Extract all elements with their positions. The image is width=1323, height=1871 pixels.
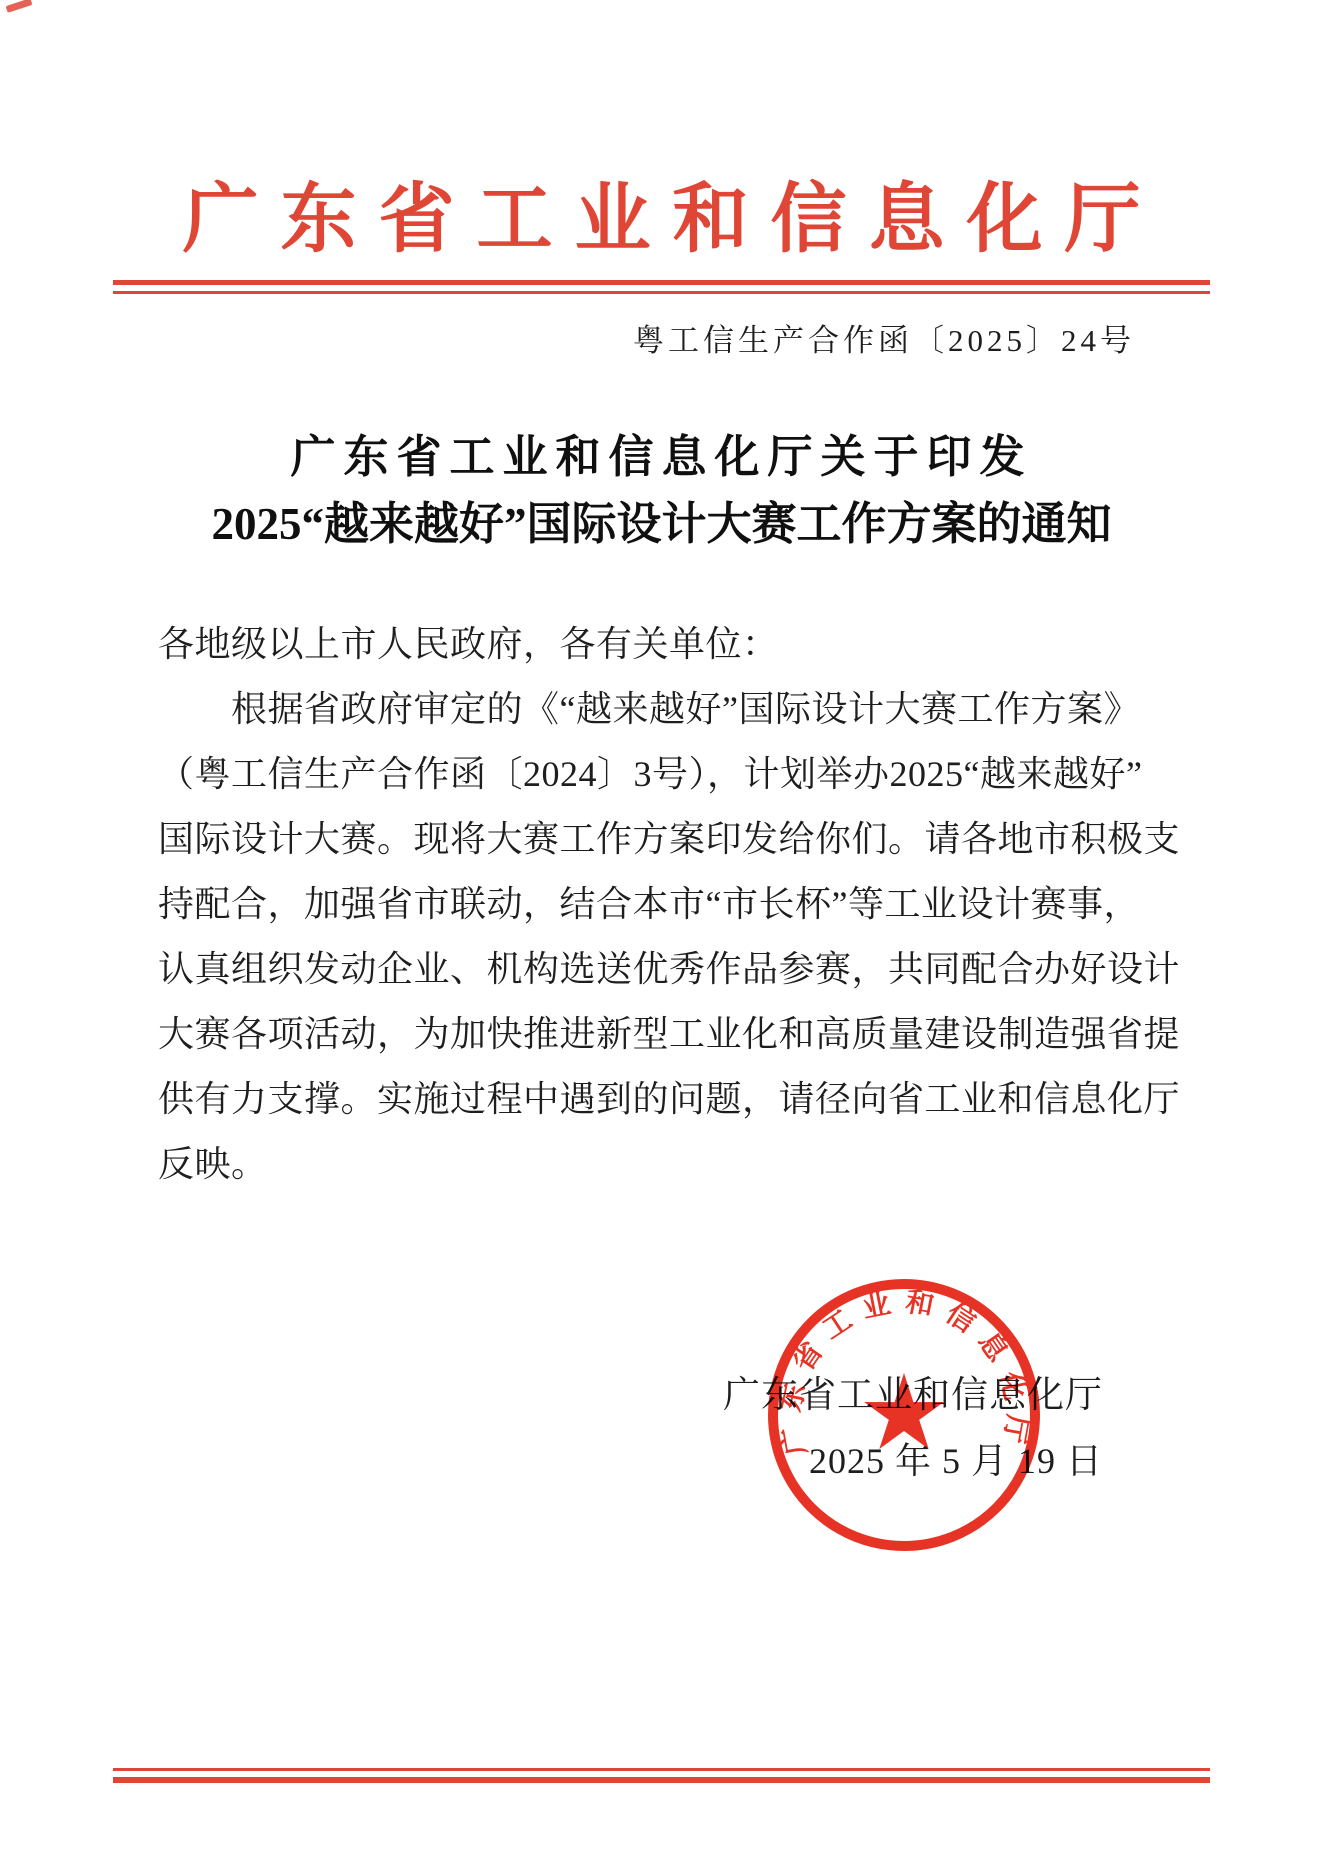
signature-block: 广东省工业和信息化厅 2025 年 5 月 19 日 [723,1377,1103,1479]
letterhead-agency-title: 广东省工业和信息化厅 [0,182,1323,258]
footer-separator-thick [113,1777,1210,1783]
body-line: 根据省政府审定的《“越来越好”国际设计大赛工作方案》 [158,677,1173,742]
document-page: 广东省工业和信息化厅 粤工信生产合作函〔2025〕24号 广东省工业和信息化厅关… [0,0,1323,1871]
body-line: 反映。 [158,1132,1173,1197]
signature-org: 广东省工业和信息化厅 [723,1377,1103,1414]
body-text: 各地级以上市人民政府，各有关单位： 根据省政府审定的《“越来越好”国际设计大赛工… [158,612,1173,1197]
notice-title: 广东省工业和信息化厅关于印发 2025“越来越好”国际设计大赛工作方案的通知 [0,424,1323,558]
footer-separator-thin [113,1768,1210,1771]
document-reference-number: 粤工信生产合作函〔2025〕24号 [633,322,1135,359]
salutation: 各地级以上市人民政府，各有关单位： [158,612,1173,677]
notice-title-line2: 2025“越来越好”国际设计大赛工作方案的通知 [0,491,1323,558]
body-line: 国际设计大赛。现将大赛工作方案印发给你们。请各地市积极支 [158,807,1173,872]
body-line: 供有力支撑。实施过程中遇到的问题，请径向省工业和信息化厅 [158,1067,1173,1132]
header-separator-thin [113,291,1210,294]
body-line: （粤工信生产合作函〔2024〕3号），计划举办2025“越来越好” [158,742,1173,807]
signature-date: 2025 年 5 月 19 日 [723,1443,1103,1479]
body-line: 大赛各项活动，为加快推进新型工业化和高质量建设制造强省提 [158,1002,1173,1067]
body-line: 持配合，加强省市联动，结合本市“市长杯”等工业设计赛事， [158,872,1173,937]
notice-title-line1: 广东省工业和信息化厅关于印发 [0,424,1323,491]
scan-artifact [6,0,33,13]
body-line: 认真组织发动企业、机构选送优秀作品参赛，共同配合办好设计 [158,937,1173,1002]
header-separator-thick [113,280,1210,285]
